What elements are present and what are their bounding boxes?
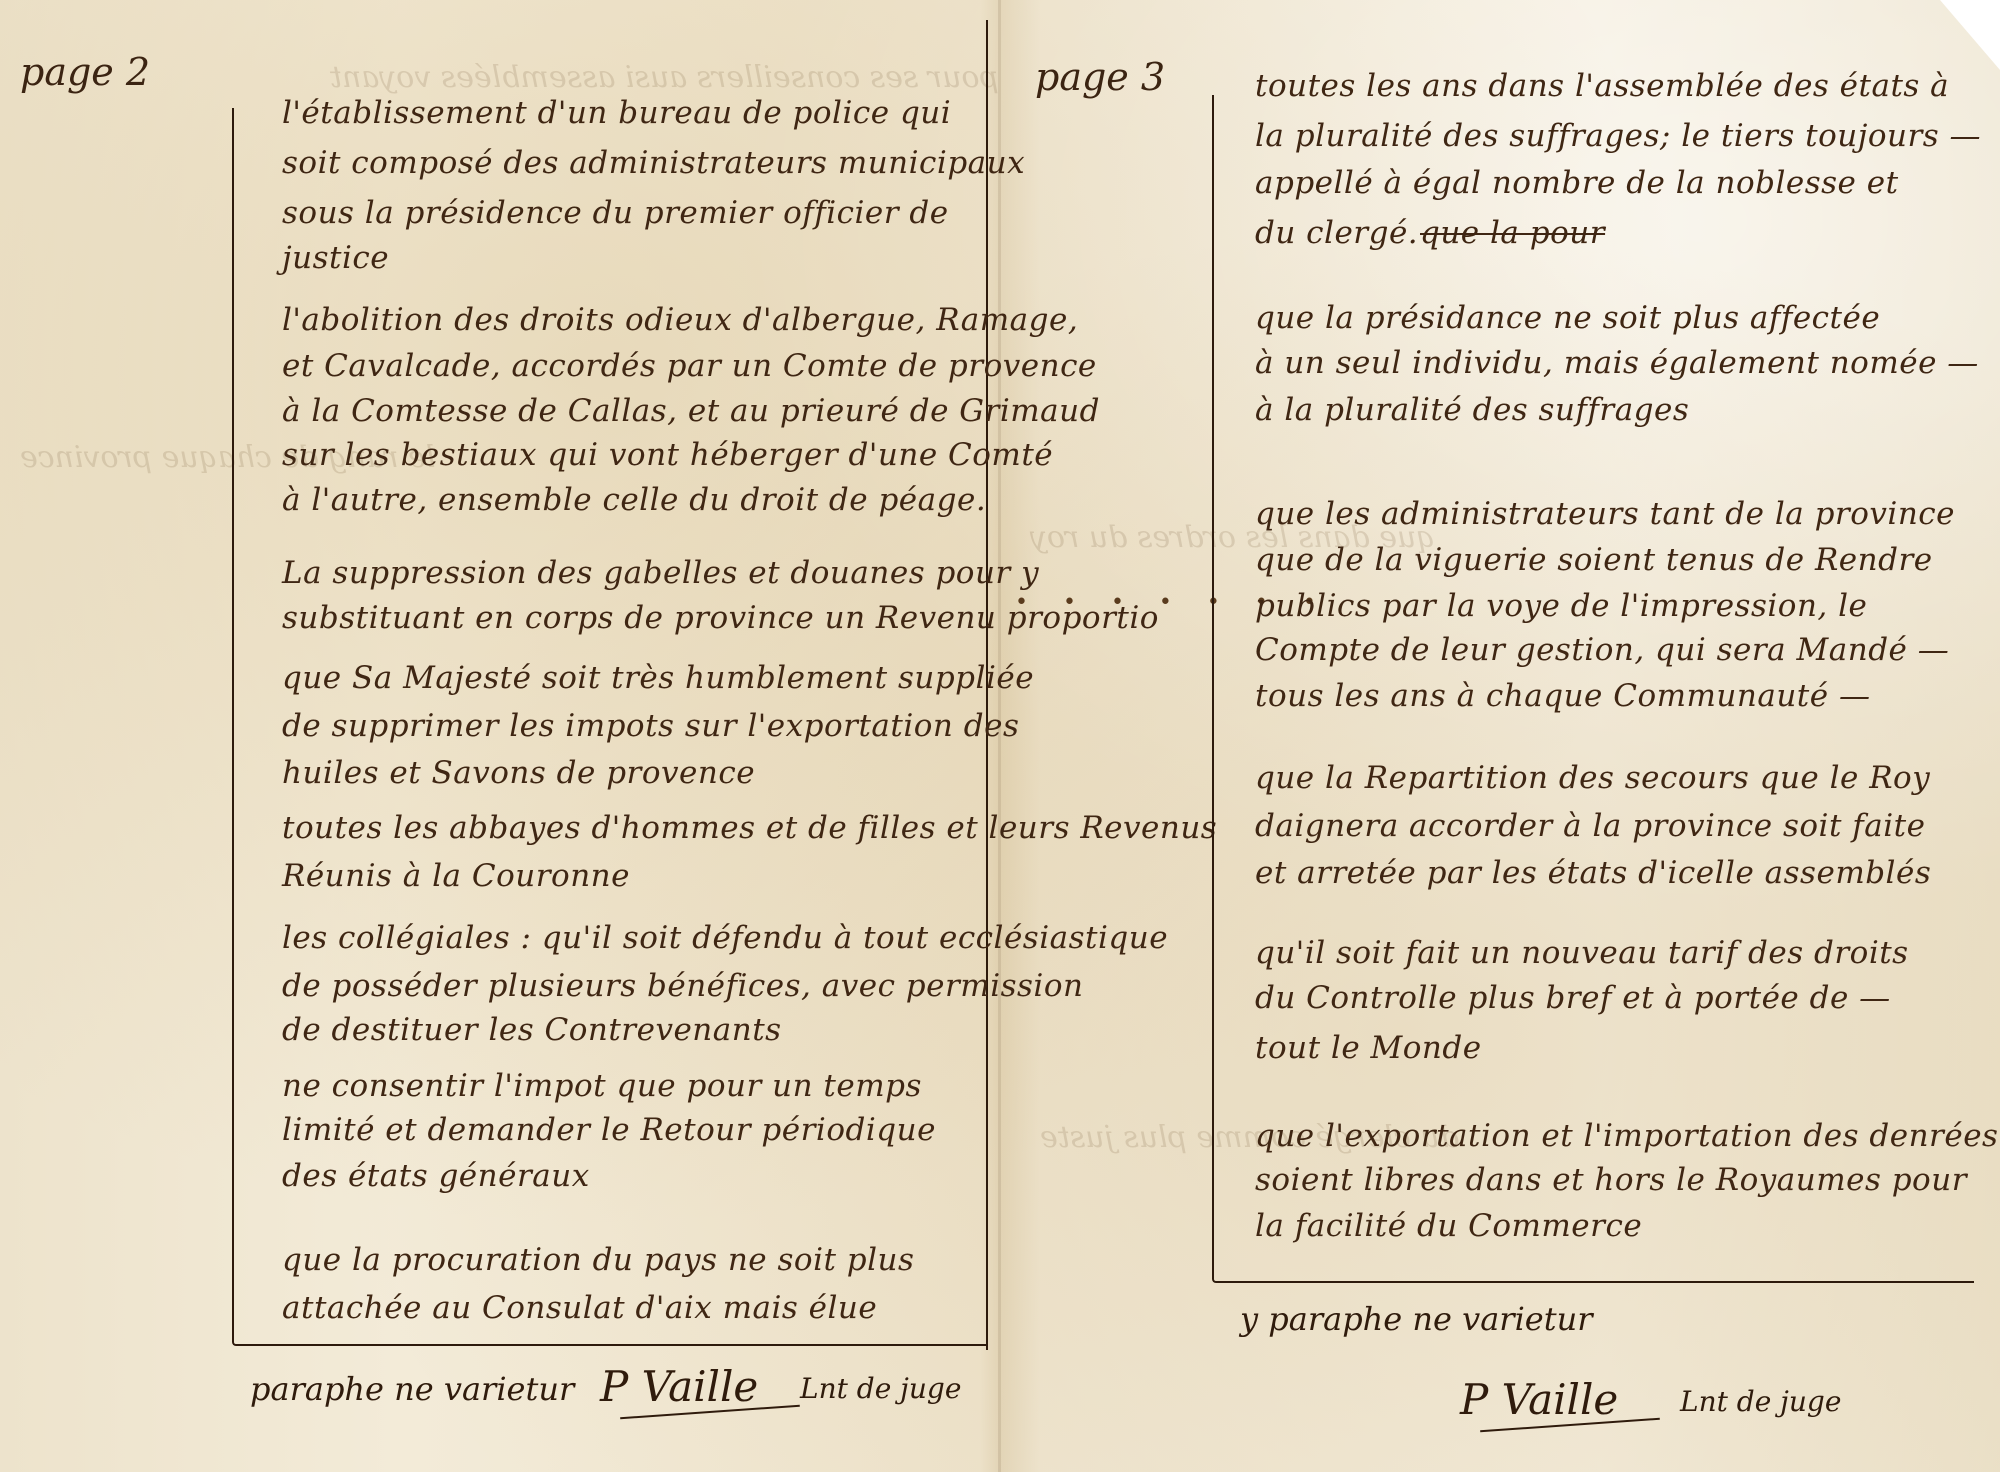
text-line: à l'autre, ensemble celle du droit de pé… — [282, 482, 986, 518]
text-line: que la Repartition des secours que le Ro… — [1255, 760, 1930, 796]
text-line: que la présidance ne soit plus affectée — [1255, 300, 1880, 336]
text-line: l'établissement d'un bureau de police qu… — [282, 95, 951, 131]
text-line: toutes les abbayes d'hommes et de filles… — [282, 810, 1217, 846]
paraphe-note: paraphe ne varietur — [250, 1370, 574, 1408]
signature-title: Lnt de juge — [800, 1372, 961, 1405]
text-line: l'abolition des droits odieux d'albergue… — [282, 302, 1078, 338]
page-number-2: page 2 — [20, 50, 150, 94]
text-line: toutes les ans dans l'assemblée des état… — [1255, 68, 1949, 104]
bleed-through-text: pour ses conseillers ausi assemblées voy… — [330, 60, 999, 95]
signature-name: P Vaille — [600, 1362, 800, 1413]
text-line: sous la présidence du premier officier d… — [282, 195, 949, 231]
text-line: que Sa Majesté soit très humblement supp… — [282, 660, 1034, 696]
text-line: sur les bestiaux qui vont héberger d'une… — [282, 437, 1053, 473]
text-line: la pluralité des suffrages; le tiers tou… — [1255, 118, 1981, 154]
text-line: Réunis à la Couronne — [282, 858, 630, 894]
text-line: soient libres dans et hors le Royaumes p… — [1255, 1162, 1967, 1198]
text-line: à un seul individu, mais également nomée… — [1255, 345, 1979, 381]
text-line: tout le Monde — [1255, 1030, 1482, 1066]
text-line: limité et demander le Retour périodique — [282, 1112, 936, 1148]
text-line: tous les ans à chaque Communauté — — [1255, 678, 1870, 714]
paraphe-note: y paraphe ne varietur — [1240, 1300, 1593, 1338]
text-line: les collégiales : qu'il soit défendu à t… — [282, 920, 1168, 956]
text-line: à la pluralité des suffrages — [1255, 392, 1689, 428]
text-line: attachée au Consulat d'aix mais élue — [282, 1290, 877, 1326]
text-line: justice — [282, 240, 389, 276]
text-line: et arretée par les états d'icelle assemb… — [1255, 855, 1931, 891]
text-line: du clergé. — [1255, 215, 1418, 251]
text-line: que de la viguerie soient tenus de Rendr… — [1255, 542, 1933, 578]
text-line: de supprimer les impots sur l'exportatio… — [282, 708, 1019, 744]
text-line: daignera accorder à la province soit fai… — [1255, 808, 1925, 844]
torn-corner — [1940, 0, 2000, 70]
text-line: de posséder plusieurs bénéfices, avec pe… — [282, 968, 1083, 1004]
text-line: soit composé des administrateurs municip… — [282, 145, 1025, 181]
text-line: à la Comtesse de Callas, et au prieuré d… — [282, 393, 1100, 429]
text-line: de destituer les Contrevenants — [282, 1012, 782, 1048]
text-line: du Controlle plus bref et à portée de — — [1255, 980, 1891, 1016]
signature-title: Lnt de juge — [1680, 1385, 1841, 1418]
text-line: que l'exportation et l'importation des d… — [1255, 1118, 1998, 1154]
text-line: et Cavalcade, accordés par un Comte de p… — [282, 348, 1097, 384]
text-line: que les administrateurs tant de la provi… — [1255, 496, 1955, 532]
text-line: substituant en corps de province un Reve… — [282, 600, 1159, 636]
struck-out-text: que la pour — [1420, 215, 1605, 251]
text-line: appellé à égal nombre de la noblesse et — [1255, 165, 1899, 201]
signature-name: P Vaille — [1460, 1375, 1660, 1426]
text-line: Compte de leur gestion, qui sera Mandé — — [1255, 632, 1949, 668]
text-line: que la procuration du pays ne soit plus — [282, 1242, 914, 1278]
text-line: La suppression des gabelles et douanes p… — [282, 555, 1039, 591]
text-line: ne consentir l'impot que pour un temps — [282, 1068, 922, 1104]
page-number-3: page 3 — [1035, 55, 1165, 99]
text-line: huiles et Savons de provence — [282, 755, 755, 791]
text-line: qu'il soit fait un nouveau tarif des dro… — [1255, 935, 1909, 971]
text-line: des états généraux — [282, 1158, 590, 1194]
text-line: publics par la voye de l'impression, le — [1255, 588, 1867, 624]
text-line: la facilité du Commerce — [1255, 1208, 1642, 1244]
